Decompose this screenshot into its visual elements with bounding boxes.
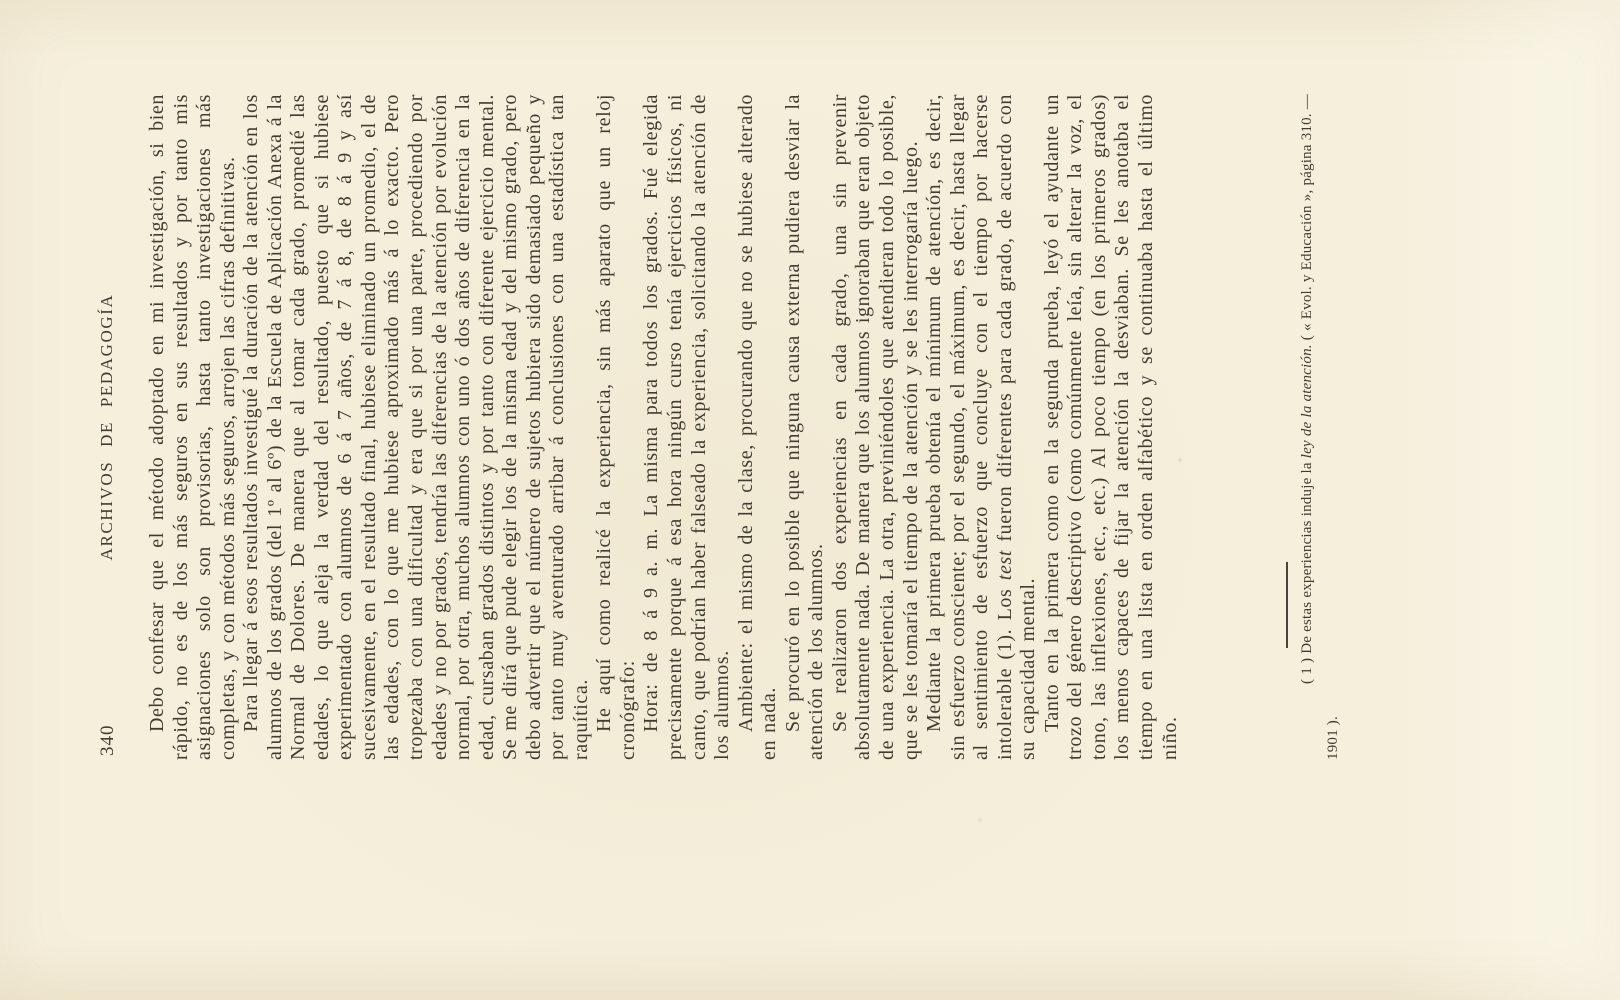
paragraph: Para llegar á esos resultados investigué… xyxy=(240,94,593,760)
paragraph: Se procuró en lo posible que ninguna cau… xyxy=(782,94,829,760)
footnote: ( 1 ) De estas experiencias induje la le… xyxy=(1294,94,1346,760)
scanned-book-page: 340 ARCHIVOS DE PEDAGOGÍA Debo confesar … xyxy=(0,0,1620,1000)
paragraph-text: Ambiente: el mismo de la clase, procuran… xyxy=(735,94,781,760)
page-body-text: Debo confesar que el método adoptado en … xyxy=(146,94,1182,760)
paragraph-text: Se procuró en lo posible que ninguna cau… xyxy=(782,94,828,760)
running-head-title: ARCHIVOS DE PEDAGOGÍA xyxy=(97,94,117,760)
paragraph: Hora: de 8 á 9 a. m. La misma para todos… xyxy=(640,94,734,760)
paragraph-text: Se realizaron dos experiencias en cada g… xyxy=(829,94,922,760)
paragraph-text: Para llegar á esos resultados investigué… xyxy=(240,94,592,760)
paragraph: Debo confesar que el método adoptado en … xyxy=(146,94,240,760)
paragraph: He aquí como realicé la experiencia, sin… xyxy=(593,94,640,760)
footnote-separator xyxy=(1286,562,1288,648)
paragraph-text: Debo confesar que el método adoptado en … xyxy=(146,94,239,760)
paragraph-text-italic: test xyxy=(994,550,1016,580)
paragraph: Mediante la primera prueba obtenía el mí… xyxy=(923,94,1041,760)
page-number: 340 xyxy=(97,725,119,757)
paragraph-text: He aquí como realicé la experiencia, sin… xyxy=(593,94,639,760)
paragraph: Ambiente: el mismo de la clase, procuran… xyxy=(735,94,782,760)
paragraph: Tanto en la primera como en la segunda p… xyxy=(1041,94,1182,760)
footnote-text-italic: ley de la atención. xyxy=(1299,344,1315,458)
footnote-text: ( 1 ) De estas experiencias induje la xyxy=(1299,458,1315,684)
paragraph-text: Tanto en la primera como en la segunda p… xyxy=(1041,94,1181,760)
screenshot-root: 340 ARCHIVOS DE PEDAGOGÍA Debo confesar … xyxy=(0,0,1620,1000)
paragraph-text: Hora: de 8 á 9 a. m. La misma para todos… xyxy=(640,94,733,760)
page-header: 340 ARCHIVOS DE PEDAGOGÍA xyxy=(97,94,123,760)
paragraph: Se realizaron dos experiencias en cada g… xyxy=(829,94,923,760)
